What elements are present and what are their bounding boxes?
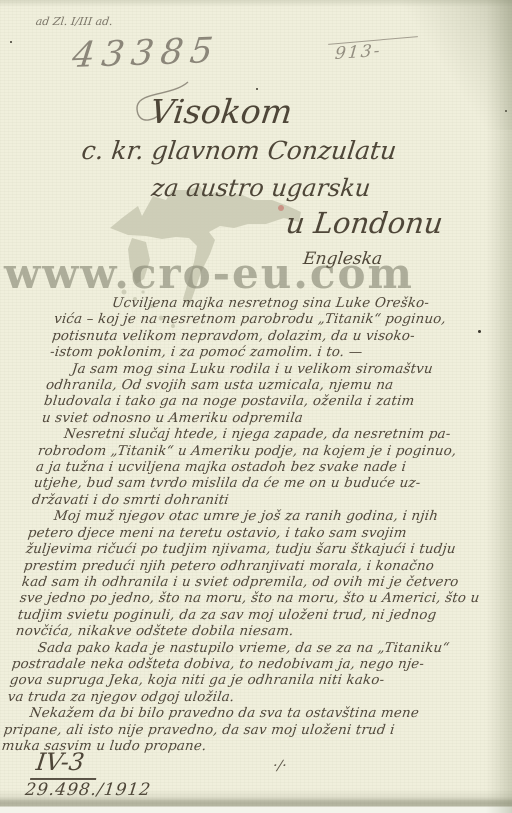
dirt-speck [505,110,507,112]
body-paragraph: Nesretni slučaj htede, i njega zapade, d… [31,427,493,509]
dirt-speck [478,330,481,333]
dirt-speck [10,41,12,43]
handwritten-line: tudjim svietu poginuli, da za sav moj ul… [17,608,471,624]
handwritten-line: a ja tužna i ucviljena majka ostadoh bez… [35,460,489,476]
handwritten-line: petero djece meni na teretu ostavio, i t… [27,526,481,542]
handwritten-line: Ja sam mog sina Luku rodila i u velikom … [47,362,501,378]
footer-classification: IV-3 [30,748,100,780]
handwritten-line: Ucviljena majka nesretnog sina Luke Oreš… [55,296,509,312]
end-mark: ·/· [272,758,288,774]
archive-note: ad Zl. I/III ad. [35,15,114,28]
handwritten-line: odhranila, Od svojih sam usta uzmicala, … [45,378,499,394]
handwritten-line: Nesretni slučaj htede, i njega zapade, d… [39,427,493,443]
address-line-england: Engleska [302,249,383,269]
handwritten-line: vića – koj je na nesretnom parobrodu „Ti… [53,312,507,328]
address-line-london: u Londonu [284,206,445,240]
address-line-consulate: c. kr. glavnom Conzulatu [80,136,398,165]
handwritten-line: bludovala i tako ga na noge postavila, o… [43,394,497,410]
handwritten-line: Moj muž njegov otac umre je još za ranih… [29,509,483,525]
handwritten-line: prestim predući njih petero odhranjivati… [23,559,477,575]
handwritten-line: kad sam ih odhranila i u sviet odpremila… [21,575,475,591]
handwritten-line: sve jedno po jedno, što na moru, što na … [19,591,473,607]
dirt-speck [256,88,258,90]
handwritten-line: Nekažem da bi bilo pravedno da sva ta os… [5,706,459,722]
handwritten-line: Sada pako kada je nastupilo vrieme, da s… [13,641,467,657]
handwritten-line: potisnuta velikom nepravdom, dolazim, da… [51,329,505,345]
handwritten-line: gova supruga Jeka, koja niti ga je odhra… [9,673,463,689]
handwritten-line: va truda za njegov odgoj uložila. [7,690,461,706]
handwritten-line: žuljevima ričući po tudjim njivama, tudj… [25,542,479,558]
body-paragraph: Moj muž njegov otac umre je još za ranih… [15,509,483,640]
handwritten-line: utjehe, bud sam tvrdo mislila da će me o… [33,476,487,492]
letter-body: Ucviljena majka nesretnog sina Luke Oreš… [1,296,509,755]
handwritten-line: državati i do smrti dohraniti [31,493,485,509]
scanned-letter-page: ad Zl. I/III ad. 43385 913- www.cro-eu.c… [0,0,512,813]
registry-number: 43385 [70,31,222,76]
handwritten-line: robrodom „Titanik“ u Ameriku podje, na k… [37,444,491,460]
address-line-visokom: Visokom [148,92,295,131]
address-line-austro-hungary: za austro ugarsku [150,174,372,202]
handwritten-line: pripane, ali isto nije pravedno, da sav … [3,723,457,739]
handwritten-line: u sviet odnosno u Ameriku odpremila [41,411,495,427]
handwritten-line: -istom poklonim, i za pomoć zamolim. i t… [49,345,503,361]
body-paragraph: Ja sam mog sina Luku rodila i u velikom … [41,362,501,428]
map-red-dot [278,205,284,211]
body-paragraph: Ucviljena majka nesretnog sina Luke Oreš… [49,296,509,362]
handwritten-line: postradale neka odšteta dobiva, to nedob… [11,657,465,673]
footer-file-reference: 29.498./1912 [24,780,152,800]
body-paragraph: Sada pako kada je nastupilo vrieme, da s… [7,641,467,707]
page-number: 913- [334,41,382,64]
handwritten-line: novčića, nikakve odštete dobila niesam. [15,624,469,640]
